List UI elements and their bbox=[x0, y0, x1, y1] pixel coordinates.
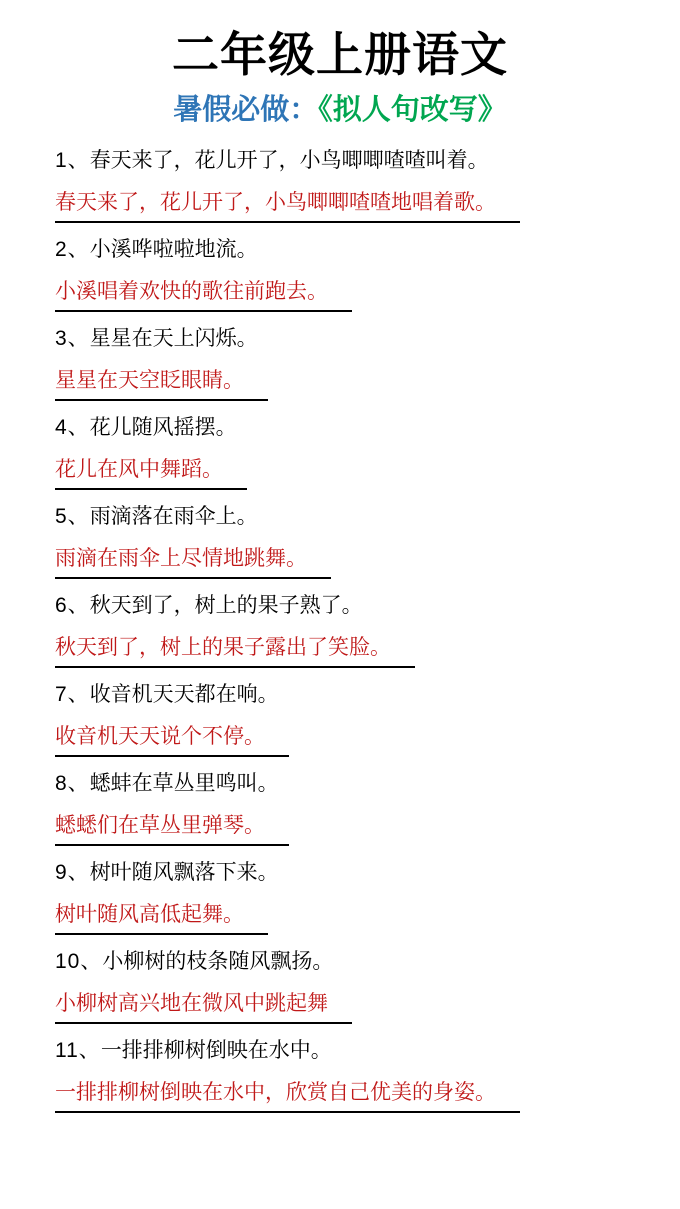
page-title: 二年级上册语文 bbox=[40, 26, 640, 84]
qa-item: 4、花儿随风摇摆。 花儿在风中舞蹈。 bbox=[55, 413, 640, 490]
qa-item: 3、星星在天上闪烁。 星星在天空眨眼睛。 bbox=[55, 324, 640, 401]
qa-item: 5、雨滴落在雨伞上。 雨滴在雨伞上尽情地跳舞。 bbox=[55, 502, 640, 579]
question-text: 一排排柳树倒映在水中。 bbox=[101, 1039, 332, 1062]
question-number: 11、 bbox=[55, 1039, 101, 1062]
subtitle-book-title: 《拟人句改写》 bbox=[318, 94, 507, 126]
question-number: 9、 bbox=[55, 861, 90, 884]
question-line: 2、小溪哗啦啦地流。 bbox=[55, 235, 640, 265]
question-text: 雨滴落在雨伞上。 bbox=[90, 505, 258, 528]
question-text: 树叶随风飘落下来。 bbox=[90, 861, 279, 884]
answer-text: 收音机天天说个不停。 bbox=[55, 722, 289, 757]
question-line: 11、一排排柳树倒映在水中。 bbox=[55, 1036, 640, 1066]
answer-line: 春天来了，花儿开了，小鸟唧唧喳喳地唱着歌。 bbox=[55, 188, 640, 223]
question-text: 星星在天上闪烁。 bbox=[90, 327, 258, 350]
answer-text: 星星在天空眨眼睛。 bbox=[55, 366, 268, 401]
question-number: 5、 bbox=[55, 505, 90, 528]
answer-line: 小柳树高兴地在微风中跳起舞 bbox=[55, 989, 640, 1024]
question-text: 蟋蚌在草丛里鸣叫。 bbox=[90, 772, 279, 795]
answer-text: 一排排柳树倒映在水中，欣赏自己优美的身姿。 bbox=[55, 1078, 520, 1113]
question-line: 6、秋天到了，树上的果子熟了。 bbox=[55, 591, 640, 621]
answer-text: 蟋蟋们在草丛里弹琴。 bbox=[55, 811, 289, 846]
answer-text: 秋天到了，树上的果子露出了笑脸。 bbox=[55, 633, 415, 668]
answer-text: 雨滴在雨伞上尽情地跳舞。 bbox=[55, 544, 331, 579]
question-text: 秋天到了，树上的果子熟了。 bbox=[90, 594, 363, 617]
answer-text: 小柳树高兴地在微风中跳起舞 bbox=[55, 989, 352, 1024]
answer-line: 雨滴在雨伞上尽情地跳舞。 bbox=[55, 544, 640, 579]
question-text: 收音机天天都在响。 bbox=[90, 683, 279, 706]
qa-item: 11、一排排柳树倒映在水中。 一排排柳树倒映在水中，欣赏自己优美的身姿。 bbox=[55, 1036, 640, 1113]
answer-text: 春天来了，花儿开了，小鸟唧唧喳喳地唱着歌。 bbox=[55, 188, 520, 223]
question-number: 4、 bbox=[55, 416, 90, 439]
question-line: 7、收音机天天都在响。 bbox=[55, 680, 640, 710]
question-line: 5、雨滴落在雨伞上。 bbox=[55, 502, 640, 532]
question-line: 8、蟋蚌在草丛里鸣叫。 bbox=[55, 769, 640, 799]
question-number: 6、 bbox=[55, 594, 90, 617]
answer-line: 蟋蟋们在草丛里弹琴。 bbox=[55, 811, 640, 846]
question-text: 花儿随风摇摆。 bbox=[90, 416, 237, 439]
answer-line: 树叶随风高低起舞。 bbox=[55, 900, 640, 935]
question-text: 春天来了，花儿开了，小鸟唧唧喳喳叫着。 bbox=[90, 149, 489, 172]
answer-line: 秋天到了，树上的果子露出了笑脸。 bbox=[55, 633, 640, 668]
answer-text: 花儿在风中舞蹈。 bbox=[55, 455, 247, 490]
answer-line: 花儿在风中舞蹈。 bbox=[55, 455, 640, 490]
qa-item: 6、秋天到了，树上的果子熟了。 秋天到了，树上的果子露出了笑脸。 bbox=[55, 591, 640, 668]
qa-item: 1、春天来了，花儿开了，小鸟唧唧喳喳叫着。 春天来了，花儿开了，小鸟唧唧喳喳地唱… bbox=[55, 146, 640, 223]
question-line: 9、树叶随风飘落下来。 bbox=[55, 858, 640, 888]
question-line: 4、花儿随风摇摆。 bbox=[55, 413, 640, 443]
question-number: 8、 bbox=[55, 772, 90, 795]
qa-item: 2、小溪哗啦啦地流。 小溪唱着欢快的歌往前跑去。 bbox=[55, 235, 640, 312]
question-text: 小溪哗啦啦地流。 bbox=[90, 238, 258, 261]
question-line: 10、小柳树的枝条随风飘扬。 bbox=[55, 947, 640, 977]
qa-item: 8、蟋蚌在草丛里鸣叫。 蟋蟋们在草丛里弹琴。 bbox=[55, 769, 640, 846]
answer-line: 一排排柳树倒映在水中，欣赏自己优美的身姿。 bbox=[55, 1078, 640, 1113]
subtitle-prefix: 暑假必做： bbox=[173, 94, 318, 126]
answer-line: 收音机天天说个不停。 bbox=[55, 722, 640, 757]
question-number: 7、 bbox=[55, 683, 90, 706]
question-text: 小柳树的枝条随风飘扬。 bbox=[102, 950, 333, 973]
question-number: 1、 bbox=[55, 149, 90, 172]
question-line: 1、春天来了，花儿开了，小鸟唧唧喳喳叫着。 bbox=[55, 146, 640, 176]
qa-list: 1、春天来了，花儿开了，小鸟唧唧喳喳叫着。 春天来了，花儿开了，小鸟唧唧喳喳地唱… bbox=[55, 146, 640, 1113]
qa-item: 7、收音机天天都在响。 收音机天天说个不停。 bbox=[55, 680, 640, 757]
question-number: 2、 bbox=[55, 238, 90, 261]
worksheet-page: 二年级上册语文 暑假必做：《拟人句改写》 1、春天来了，花儿开了，小鸟唧唧喳喳叫… bbox=[0, 0, 680, 1209]
qa-item: 9、树叶随风飘落下来。 树叶随风高低起舞。 bbox=[55, 858, 640, 935]
question-number: 3、 bbox=[55, 327, 90, 350]
answer-text: 树叶随风高低起舞。 bbox=[55, 900, 268, 935]
answer-text: 小溪唱着欢快的歌往前跑去。 bbox=[55, 277, 352, 312]
question-number: 10、 bbox=[55, 950, 102, 973]
answer-line: 星星在天空眨眼睛。 bbox=[55, 366, 640, 401]
question-line: 3、星星在天上闪烁。 bbox=[55, 324, 640, 354]
page-subtitle: 暑假必做：《拟人句改写》 bbox=[40, 90, 640, 130]
answer-line: 小溪唱着欢快的歌往前跑去。 bbox=[55, 277, 640, 312]
qa-item: 10、小柳树的枝条随风飘扬。 小柳树高兴地在微风中跳起舞 bbox=[55, 947, 640, 1024]
